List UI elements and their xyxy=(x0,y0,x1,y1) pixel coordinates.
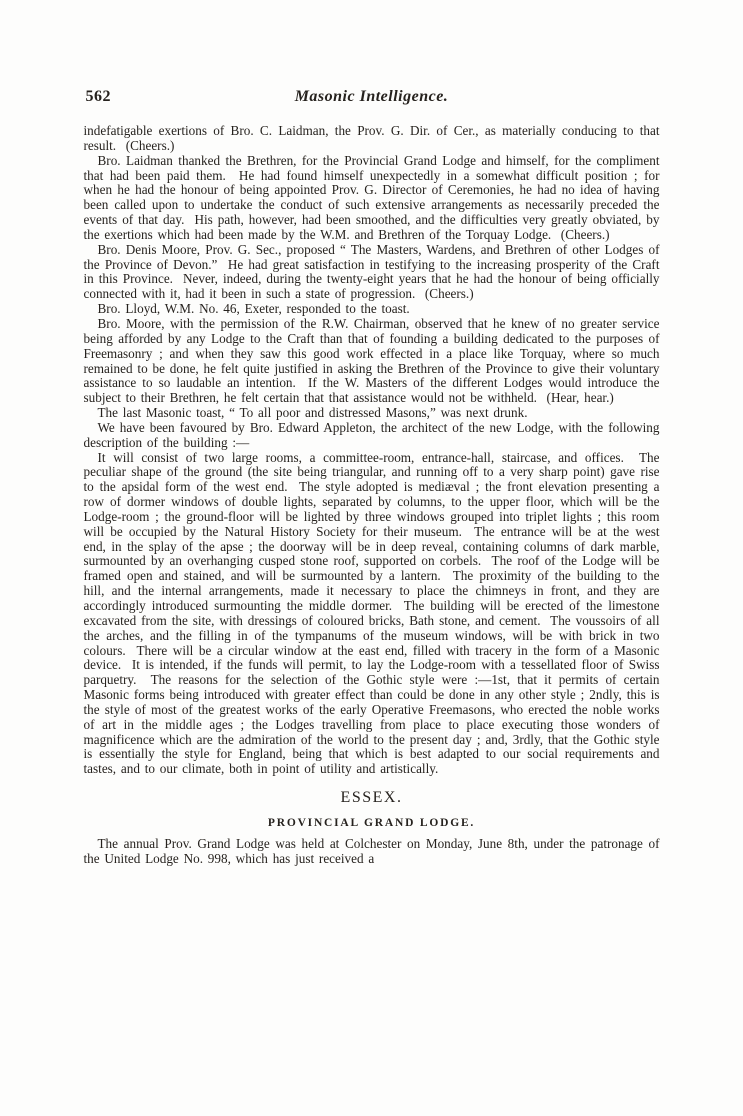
document-page: 562 Masonic Intelligence. indefatigable … xyxy=(84,0,660,867)
paragraph-laidman-thanks: Bro. Laidman thanked the Brethren, for t… xyxy=(84,154,660,243)
paragraph-essex-meeting: The annual Prov. Grand Lodge was held at… xyxy=(84,837,660,867)
page-header: 562 Masonic Intelligence. xyxy=(84,88,660,110)
running-title: Masonic Intelligence. xyxy=(84,88,660,106)
paragraph-moore-toast: Bro. Denis Moore, Prov. G. Sec., propose… xyxy=(84,243,660,302)
paragraph-continuation: indefatigable exertions of Bro. C. Laidm… xyxy=(84,124,660,154)
paragraph-building-description: It will consist of two large rooms, a co… xyxy=(84,451,660,778)
paragraph-last-toast: The last Masonic toast, “ To all poor an… xyxy=(84,406,660,421)
article-body: indefatigable exertions of Bro. C. Laidm… xyxy=(84,124,660,867)
paragraph-appleton-intro: We have been favoured by Bro. Edward App… xyxy=(84,421,660,451)
section-heading-essex: ESSEX. xyxy=(84,789,660,807)
paragraph-lloyd-response: Bro. Lloyd, W.M. No. 46, Exeter, respond… xyxy=(84,302,660,317)
page-number: 562 xyxy=(86,88,112,106)
paragraph-moore-building: Bro. Moore, with the permission of the R… xyxy=(84,317,660,406)
section-subheading-provincial-grand-lodge: PROVINCIAL GRAND LODGE. xyxy=(84,817,660,829)
